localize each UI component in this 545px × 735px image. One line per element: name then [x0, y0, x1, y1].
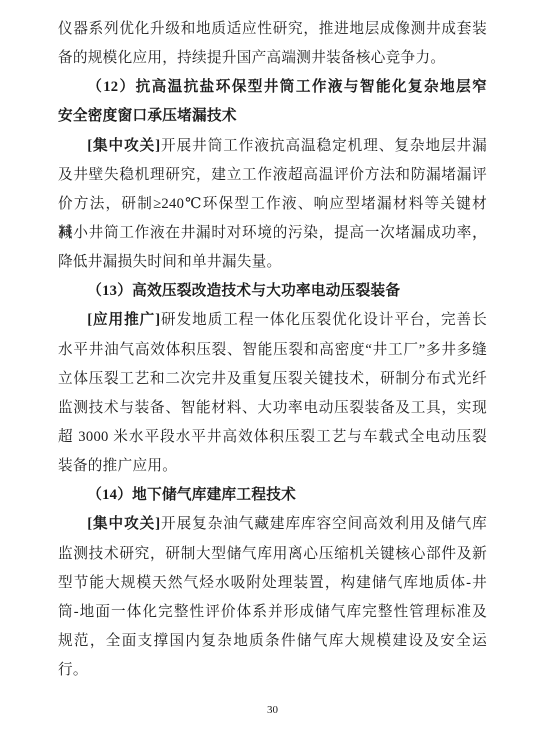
text-segment: 减小井筒工作液在井漏时对环境的污染，提高一次堵漏成功率，: [58, 225, 487, 241]
text-segment: 筒-地面一体化完整性评价体系并形成储气库完整性管理标准及: [58, 604, 487, 620]
task-category-tag: [应用推广]: [87, 312, 160, 328]
body-line: 监测技术与装备、智能材料、大功率电动压裂装备及工具，实现: [58, 394, 487, 423]
body-line: [集中攻关]开展复杂油气藏建库库容空间高效利用及储气库: [58, 510, 487, 539]
text-segment: 超 3000 米水平段水平井高效体积压裂工艺与车载式全电动压裂: [58, 429, 487, 445]
heading-line: （12）抗高温抗盐环保型井筒工作液与智能化复杂地层窄: [58, 73, 487, 102]
task-category-tag: [集中攻关]: [87, 138, 160, 154]
body-line: 型节能大规模天然气烃水吸附处理装置，构建储气库地质体-井: [58, 569, 487, 598]
text-segment: （13）高效压裂改造技术与大功率电动压裂装备: [87, 283, 400, 299]
body-line: 降低井漏损失时间和单井漏失量。: [58, 248, 487, 277]
text-segment: 立体压裂工艺和二次完井及重复压裂关键技术，研制分布式光纤: [58, 371, 487, 387]
text-segment: 开展井筒工作液抗高温稳定机理、复杂地层井漏: [160, 138, 487, 154]
document-page: 仪器系列优化升级和地质适应性研究，推进地层成像测井成套装备的规模化应用，持续提升…: [0, 0, 545, 735]
body-line: [集中攻关]开展井筒工作液抗高温稳定机理、复杂地层井漏: [58, 132, 487, 161]
body-line: 价方法，研制≥240℃环保型工作液、响应型堵漏材料等关键材料，: [58, 190, 487, 219]
text-segment: 行。: [58, 662, 88, 678]
body-line: 减小井筒工作液在井漏时对环境的污染，提高一次堵漏成功率，: [58, 219, 487, 248]
text-segment: （12）抗高温抗盐环保型井筒工作液与智能化复杂地层窄: [87, 79, 487, 95]
body-line: 行。: [58, 656, 487, 685]
text-segment: 监测技术研究，研制大型储气库用离心压缩机关键核心部件及新: [58, 546, 487, 562]
text-segment: （14）地下储气库建库工程技术: [87, 487, 296, 503]
text-segment: 水平井油气高效体积压裂、智能压裂和高密度“井工厂”多井多缝: [58, 342, 487, 358]
heading-line: 安全密度窗口承压堵漏技术: [58, 102, 487, 131]
body-line: 水平井油气高效体积压裂、智能压裂和高密度“井工厂”多井多缝: [58, 336, 487, 365]
heading-line: （14）地下储气库建库工程技术: [58, 481, 487, 510]
document-text-block: 仪器系列优化升级和地质适应性研究，推进地层成像测井成套装备的规模化应用，持续提升…: [58, 15, 487, 685]
body-line: 立体压裂工艺和二次完井及重复压裂关键技术，研制分布式光纤: [58, 365, 487, 394]
text-segment: 及井壁失稳机理研究，建立工作液超高温评价方法和防漏堵漏评: [58, 167, 487, 183]
page-number: 30: [0, 704, 545, 716]
heading-line: （13）高效压裂改造技术与大功率电动压裂装备: [58, 277, 487, 306]
text-segment: 备的规模化应用，持续提升国产高端测井装备核心竞争力。: [58, 50, 445, 66]
text-segment: 规范，全面支撑国内复杂地质条件储气库大规模建设及安全运: [58, 633, 487, 649]
body-line: 监测技术研究，研制大型储气库用离心压缩机关键核心部件及新: [58, 540, 487, 569]
body-line: 装备的推广应用。: [58, 452, 487, 481]
text-segment: 安全密度窗口承压堵漏技术: [58, 108, 237, 124]
text-segment: 开展复杂油气藏建库库容空间高效利用及储气库: [160, 516, 487, 532]
text-segment: 装备的推广应用。: [58, 458, 177, 474]
body-line: 备的规模化应用，持续提升国产高端测井装备核心竞争力。: [58, 44, 487, 73]
body-line: 仪器系列优化升级和地质适应性研究，推进地层成像测井成套装: [58, 15, 487, 44]
text-segment: 监测技术与装备、智能材料、大功率电动压裂装备及工具，实现: [58, 400, 487, 416]
task-category-tag: [集中攻关]: [87, 516, 160, 532]
body-line: 规范，全面支撑国内复杂地质条件储气库大规模建设及安全运: [58, 627, 487, 656]
body-line: 及井壁失稳机理研究，建立工作液超高温评价方法和防漏堵漏评: [58, 161, 487, 190]
text-segment: 型节能大规模天然气烃水吸附处理装置，构建储气库地质体-井: [58, 575, 487, 591]
body-line: [应用推广]研发地质工程一体化压裂优化设计平台，完善长: [58, 306, 487, 335]
body-line: 超 3000 米水平段水平井高效体积压裂工艺与车载式全电动压裂: [58, 423, 487, 452]
text-segment: 仪器系列优化升级和地质适应性研究，推进地层成像测井成套装: [58, 21, 487, 37]
body-line: 筒-地面一体化完整性评价体系并形成储气库完整性管理标准及: [58, 598, 487, 627]
text-segment: 降低井漏损失时间和单井漏失量。: [58, 254, 281, 270]
text-segment: 研发地质工程一体化压裂优化设计平台，完善长: [160, 312, 487, 328]
